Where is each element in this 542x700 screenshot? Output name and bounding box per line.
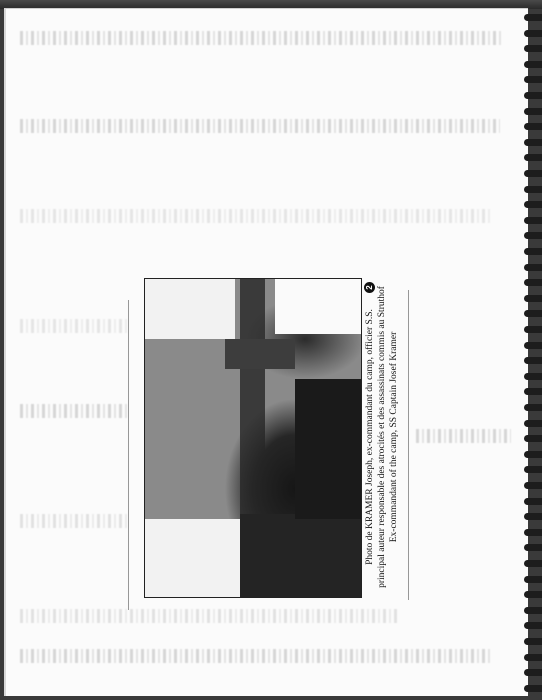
spiral-coil — [524, 201, 542, 208]
bleed-through-text — [20, 649, 490, 663]
spiral-coil — [524, 310, 542, 317]
spiral-coil — [524, 61, 542, 68]
spiral-coil — [524, 560, 542, 567]
spiral-coil — [524, 326, 542, 333]
photo-highlight — [145, 279, 235, 339]
bleed-through-text — [416, 429, 511, 443]
spiral-coil — [524, 108, 542, 115]
scanner-bottom-edge — [0, 696, 542, 700]
spiral-coil — [524, 342, 542, 349]
spiral-coil — [524, 607, 542, 614]
spiral-coil — [524, 685, 542, 692]
photo-highlight — [275, 279, 361, 334]
spiral-coil — [524, 123, 542, 130]
spiral-coil — [524, 14, 542, 21]
spiral-coil — [524, 232, 542, 239]
spiral-coil — [524, 498, 542, 505]
spiral-coil — [524, 576, 542, 583]
spiral-coil — [524, 544, 542, 551]
spiral-coil — [524, 170, 542, 177]
spiral-coil — [524, 529, 542, 536]
figure-photo — [144, 278, 362, 598]
spiral-coil — [524, 622, 542, 629]
photo-highlight — [145, 519, 240, 597]
spiral-coil — [524, 295, 542, 302]
bleed-through-text — [20, 209, 490, 223]
spiral-coil — [524, 388, 542, 395]
spiral-coil — [524, 420, 542, 427]
spiral-coil — [524, 482, 542, 489]
bleed-through-text — [20, 404, 130, 418]
spiral-coil — [524, 264, 542, 271]
spiral-coil — [524, 139, 542, 146]
crop-mark-left — [128, 300, 129, 610]
figure-caption: Photo de KRAMER Joseph, ex-commandant du… — [362, 282, 402, 592]
spiral-binding — [522, 12, 542, 700]
spiral-coil — [524, 373, 542, 380]
photo-shadow — [240, 514, 361, 597]
caption-line-1: Photo de KRAMER Joseph, ex-commandant du… — [364, 282, 376, 592]
photo-shadow — [295, 379, 361, 519]
spiral-coil — [524, 248, 542, 255]
bleed-through-text — [20, 609, 400, 623]
caption-line-3: Ex-commandant of the camp, SS Captain Jo… — [388, 282, 400, 592]
bleed-through-text — [20, 514, 130, 528]
spiral-coil — [524, 451, 542, 458]
spiral-coil — [524, 45, 542, 52]
spiral-coil — [524, 357, 542, 364]
spiral-coil — [524, 435, 542, 442]
spiral-coil — [524, 30, 542, 37]
spiral-coil — [524, 279, 542, 286]
spiral-coil — [524, 217, 542, 224]
bleed-through-text — [20, 319, 130, 333]
spiral-coil — [524, 404, 542, 411]
spiral-coil — [524, 513, 542, 520]
spiral-coil — [524, 154, 542, 161]
spiral-coil — [524, 92, 542, 99]
crop-mark-right — [408, 290, 409, 600]
spiral-coil — [524, 186, 542, 193]
spiral-coil — [524, 669, 542, 676]
spiral-coil — [524, 638, 542, 645]
bleed-through-text — [20, 31, 504, 45]
spiral-coil — [524, 591, 542, 598]
bleed-through-text — [20, 119, 500, 133]
photo-shadow — [225, 339, 295, 369]
spiral-coil — [524, 654, 542, 661]
caption-line-2: principal auteur responsable des atrocit… — [376, 282, 388, 592]
spiral-coil — [524, 466, 542, 473]
spiral-coil — [524, 76, 542, 83]
